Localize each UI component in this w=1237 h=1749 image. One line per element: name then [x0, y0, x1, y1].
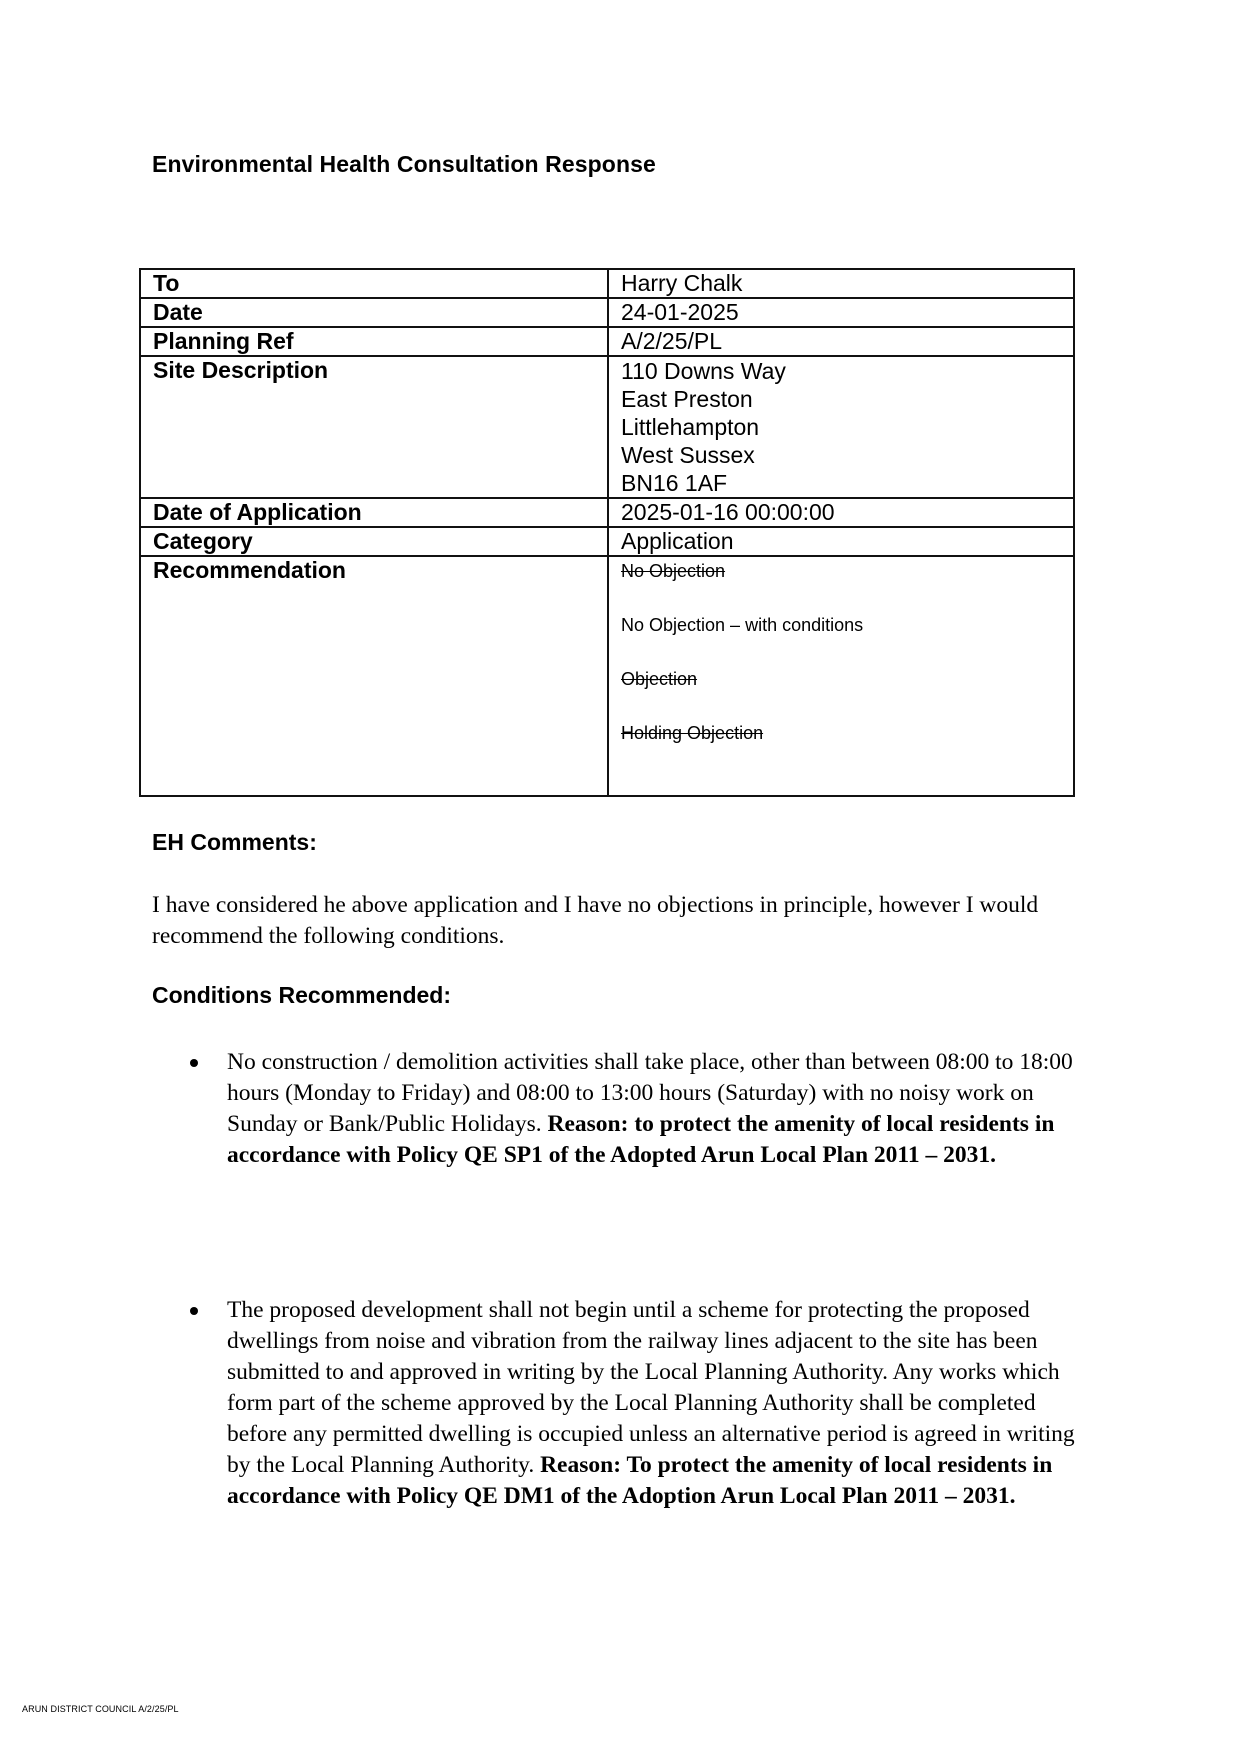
value-recommendation: No Objection No Objection – with conditi…: [608, 556, 1074, 796]
condition-text: No construction / demolition activities …: [227, 1047, 1087, 1171]
page-footer: ARUN DISTRICT COUNCIL A/2/25/PL: [22, 1704, 179, 1714]
recommendation-option-holding-objection: Holding Objection: [621, 721, 1061, 745]
value-site-description: 110 Downs Way East Preston Littlehampton…: [608, 356, 1074, 498]
value-to: Harry Chalk: [608, 269, 1074, 298]
condition-text: The proposed development shall not begin…: [227, 1295, 1087, 1512]
table-row: Planning Ref A/2/25/PL: [140, 327, 1074, 356]
conditions-heading: Conditions Recommended:: [152, 982, 451, 1009]
value-date: 24-01-2025: [608, 298, 1074, 327]
address-line: West Sussex: [621, 441, 1061, 469]
label-date: Date: [140, 298, 608, 327]
label-recommendation: Recommendation: [140, 556, 608, 796]
table-row: Site Description 110 Downs Way East Pres…: [140, 356, 1074, 498]
label-category: Category: [140, 527, 608, 556]
address-line: Littlehampton: [621, 413, 1061, 441]
value-date-of-application: 2025-01-16 00:00:00: [608, 498, 1074, 527]
document-title: Environmental Health Consultation Respon…: [152, 151, 656, 178]
condition-body: The proposed development shall not begin…: [227, 1297, 1075, 1478]
table-row: Date of Application 2025-01-16 00:00:00: [140, 498, 1074, 527]
table-row: To Harry Chalk: [140, 269, 1074, 298]
label-date-of-application: Date of Application: [140, 498, 608, 527]
value-planning-ref: A/2/25/PL: [608, 327, 1074, 356]
eh-comments-text: I have considered he above application a…: [152, 890, 1082, 952]
label-planning-ref: Planning Ref: [140, 327, 608, 356]
address-line: East Preston: [621, 385, 1061, 413]
eh-comments-heading: EH Comments:: [152, 829, 317, 856]
address-line: 110 Downs Way: [621, 357, 1061, 385]
bullet-icon: [190, 1307, 198, 1315]
recommendation-option-no-objection-with-conditions: No Objection – with conditions: [621, 613, 1061, 637]
value-category: Application: [608, 527, 1074, 556]
label-site-description: Site Description: [140, 356, 608, 498]
label-to: To: [140, 269, 608, 298]
table-row: Date 24-01-2025: [140, 298, 1074, 327]
bullet-icon: [190, 1059, 198, 1067]
document-page: Environmental Health Consultation Respon…: [0, 0, 1237, 1749]
address-line: BN16 1AF: [621, 469, 1061, 497]
details-table: To Harry Chalk Date 24-01-2025 Planning …: [139, 268, 1075, 797]
table-row: Recommendation No Objection No Objection…: [140, 556, 1074, 796]
table-row: Category Application: [140, 527, 1074, 556]
recommendation-option-objection: Objection: [621, 667, 1061, 691]
recommendation-option-no-objection: No Objection: [621, 559, 1061, 583]
